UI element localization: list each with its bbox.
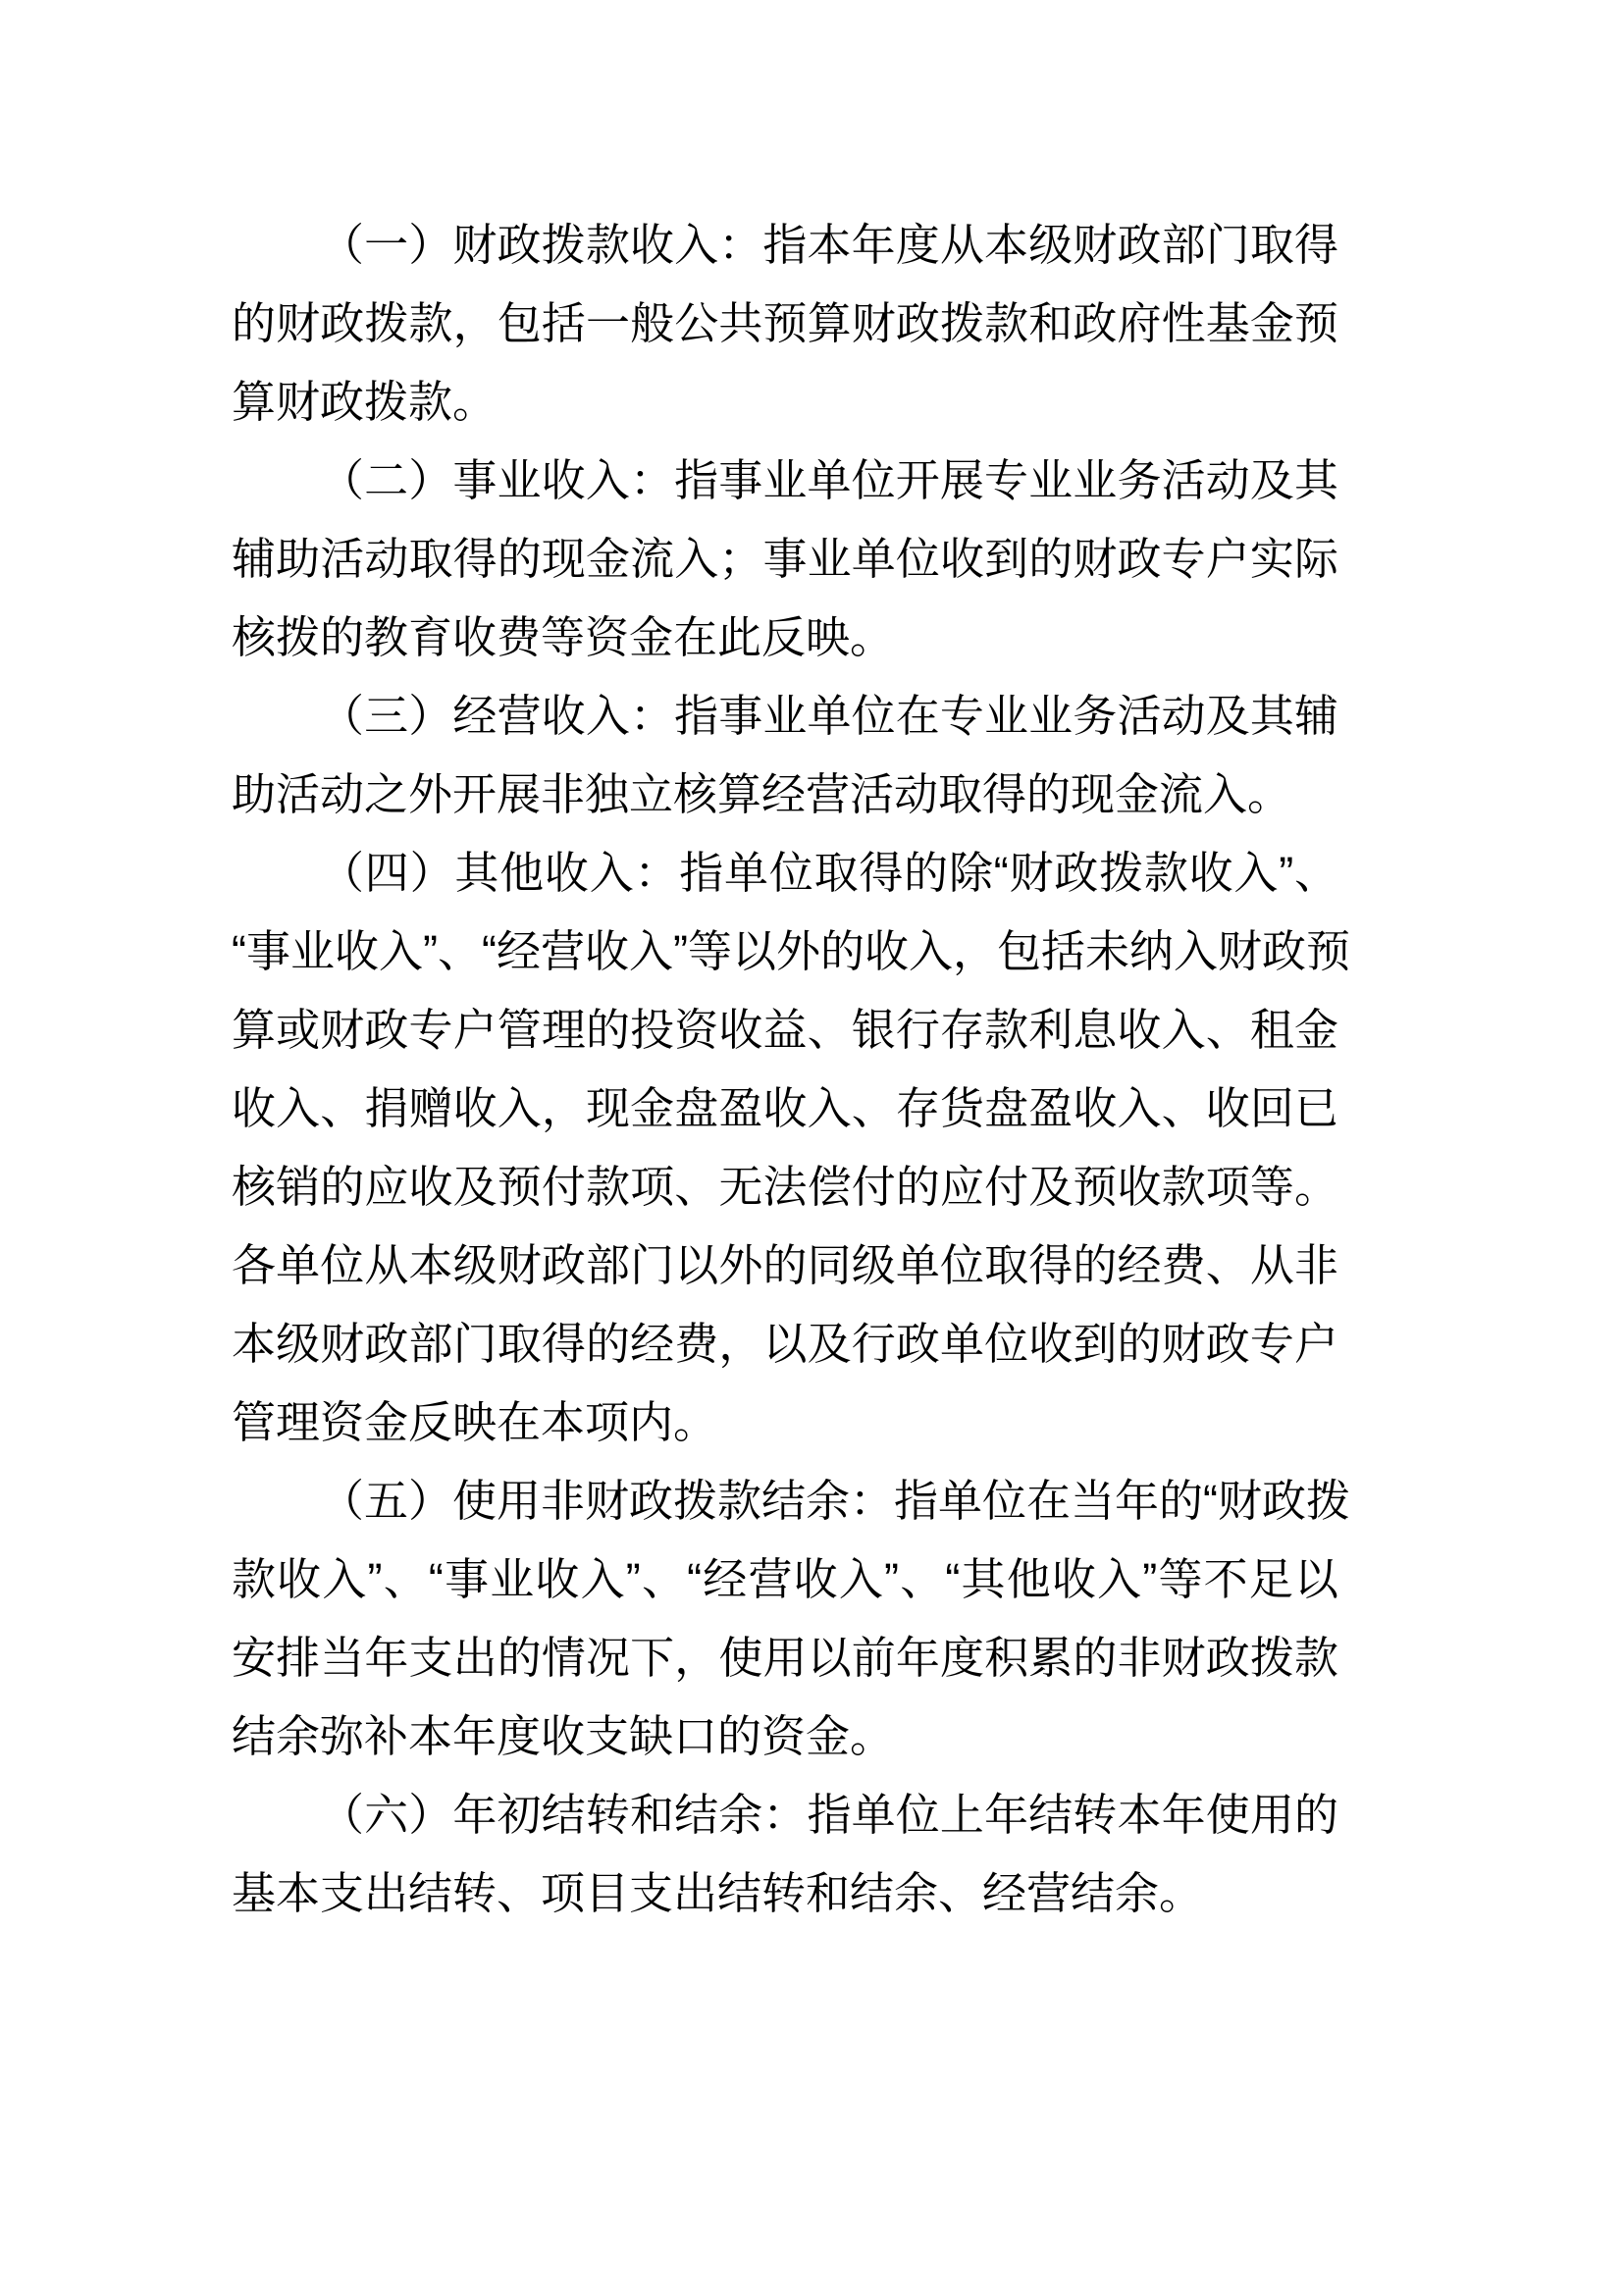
para-5-line-4: 结余弥补本年度收支缺口的资金。 [232,1697,1338,1776]
para-4-line-5: 核销的应收及预付款项、无法偿付的应付及预收款项等。 [232,1148,1338,1226]
para-5-line-1: （五）使用非财政拨款结余：指单位在当年的“财政拨 [232,1462,1338,1540]
paragraph-1-fiscal-appropriation-income: （一）财政拨款收入：指本年度从本级财政部门取得 的财政拨款，包括一般公共预算财政… [232,206,1338,442]
para-2-line-2: 辅助活动取得的现金流入；事业单位收到的财政专户实际 [232,520,1338,599]
paragraph-6-carryover-and-surplus: （六）年初结转和结余：指单位上年结转本年使用的 基本支出结转、项目支出结转和结余… [232,1776,1338,1933]
para-1-line-2: 的财政拨款，包括一般公共预算财政拨款和政府性基金预 [232,285,1338,363]
para-2-line-3: 核拨的教育收费等资金在此反映。 [232,599,1338,677]
paragraph-3-business-income: （三）经营收入：指事业单位在专业业务活动及其辅 助活动之外开展非独立核算经营活动… [232,677,1338,834]
paragraph-2-operating-income: （二）事业收入：指事业单位开展专业业务活动及其 辅助活动取得的现金流入；事业单位… [232,442,1338,677]
para-4-line-3: 算或财政专户管理的投资收益、银行存款利息收入、租金 [232,991,1338,1070]
document-page: （一）财政拨款收入：指本年度从本级财政部门取得 的财政拨款，包括一般公共预算财政… [0,0,1624,2296]
para-5-line-2: 款收入”、“事业收入”、“经营收入”、“其他收入”等不足以 [232,1540,1338,1619]
para-1-line-3: 算财政拨款。 [232,363,1338,442]
para-4-line-8: 管理资金反映在本项内。 [232,1383,1338,1462]
para-3-line-1: （三）经营收入：指事业单位在专业业务活动及其辅 [232,677,1338,756]
para-4-line-4: 收入、捐赠收入，现金盘盈收入、存货盘盈收入、收回已 [232,1070,1338,1148]
para-4-line-2: “事业收入”、“经营收入”等以外的收入，包括未纳入财政预 [232,913,1338,991]
para-6-line-1: （六）年初结转和结余：指单位上年结转本年使用的 [232,1776,1338,1854]
para-5-line-3: 安排当年支出的情况下，使用以前年度积累的非财政拨款 [232,1619,1338,1697]
para-2-line-1: （二）事业收入：指事业单位开展专业业务活动及其 [232,442,1338,520]
para-4-line-7: 本级财政部门取得的经费，以及行政单位收到的财政专户 [232,1305,1338,1383]
para-6-line-2: 基本支出结转、项目支出结转和结余、经营结余。 [232,1854,1338,1933]
para-3-line-2: 助活动之外开展非独立核算经营活动取得的现金流入。 [232,756,1338,834]
paragraph-4-other-income: （四）其他收入：指单位取得的除“财政拨款收入”、 “事业收入”、“经营收入”等以… [232,834,1338,1462]
paragraph-5-use-of-non-fiscal-surplus: （五）使用非财政拨款结余：指单位在当年的“财政拨 款收入”、“事业收入”、“经营… [232,1462,1338,1776]
text-block: （一）财政拨款收入：指本年度从本级财政部门取得 的财政拨款，包括一般公共预算财政… [232,206,1338,1933]
para-1-line-1: （一）财政拨款收入：指本年度从本级财政部门取得 [232,206,1338,285]
para-4-line-6: 各单位从本级财政部门以外的同级单位取得的经费、从非 [232,1226,1338,1305]
para-4-line-1: （四）其他收入：指单位取得的除“财政拨款收入”、 [232,834,1338,913]
